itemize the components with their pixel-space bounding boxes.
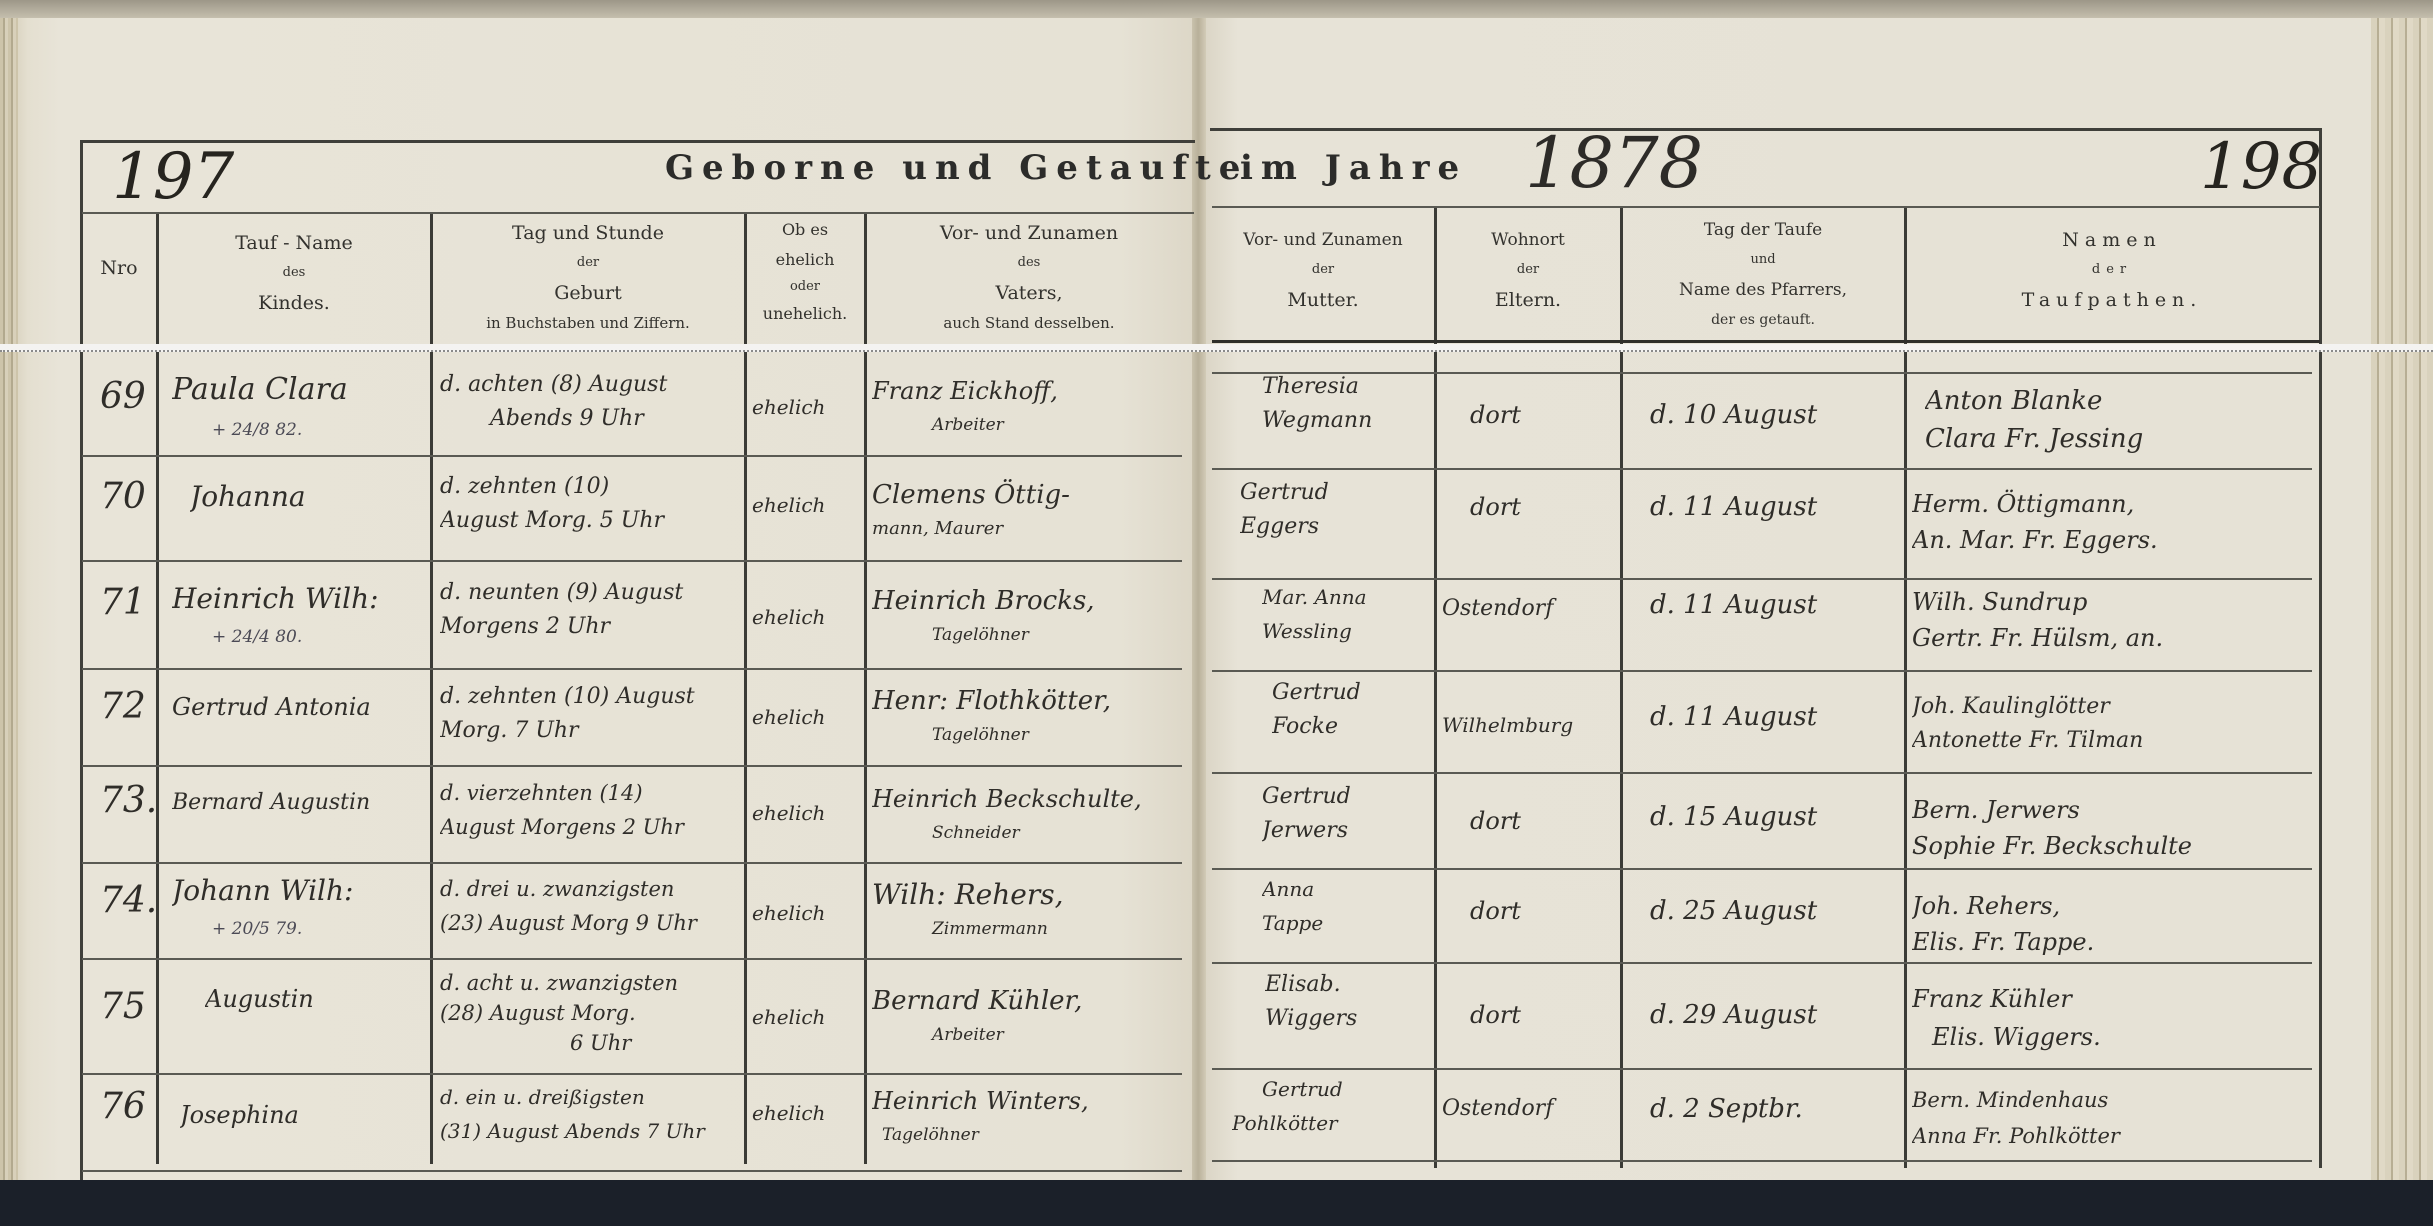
hdr-line: Vor- und Zunamen — [866, 215, 1192, 251]
birth-line: d. ein u. dreißigsten — [440, 1080, 740, 1114]
mother-name: GertrudJerwers — [1262, 780, 1432, 848]
row-rule — [82, 765, 1182, 767]
col-header-residence: Wohnort der Eltern. — [1436, 222, 1620, 318]
row-rule — [1212, 670, 2312, 672]
father-occupation: Arbeiter — [872, 408, 1192, 442]
mother-line: Jerwers — [1262, 814, 1432, 848]
residence: Ostendorf — [1442, 1092, 1618, 1126]
godparent-line: Anton Blanke — [1925, 382, 2320, 420]
entry-number: 70 — [100, 480, 146, 514]
birth-line: Morg. 7 Uhr — [440, 714, 740, 748]
hdr-line: Tag der Taufe — [1622, 212, 1904, 248]
mother-line: Anna — [1262, 872, 1432, 906]
baptism-date: d. 2 Septbr. — [1650, 1092, 1902, 1126]
hdr-line: oder — [746, 275, 864, 299]
mother-name: AnnaTappe — [1262, 872, 1432, 940]
row-rule — [82, 455, 1182, 457]
child-name: Johanna — [190, 480, 426, 514]
col-divider — [156, 214, 159, 1164]
baptism-date: d. 15 August — [1650, 800, 1902, 834]
godparent-line: Antonette Fr. Tilman — [1912, 724, 2317, 758]
hdr-line: Kindes. — [158, 285, 430, 321]
father-text: Heinrich Winters, — [872, 1084, 1192, 1118]
father-name: Heinrich Winters,Tagelöhner — [872, 1084, 1192, 1152]
father-name: Clemens Öttig-mann, Maurer — [872, 478, 1192, 546]
hdr-line: unehelich. — [746, 299, 864, 329]
birth-line: d. acht u. zwanzigsten — [440, 968, 740, 998]
hdr-line: Ob es — [746, 215, 864, 245]
death-note: + 24/8 82. — [172, 410, 428, 450]
child-name: Gertrud Antonia — [172, 690, 428, 724]
mother-line: Theresia — [1262, 370, 1432, 404]
mother-name: GertrudPohlkötter — [1232, 1072, 1432, 1140]
row-rule — [1212, 468, 2312, 470]
mother-line: Gertrud — [1272, 676, 1432, 710]
birth-date: d. drei u. zwanzigsten(23) August Morg 9… — [440, 872, 740, 940]
row-rule — [1212, 1160, 2312, 1162]
col-header-baptism: Tag der Taufe und Name des Pfarrers, der… — [1622, 212, 1904, 332]
godparent-line: Elis. Fr. Tappe. — [1912, 924, 2317, 960]
godparent-line: Bern. Mindenhaus — [1912, 1082, 2317, 1118]
page-title-right: im Jahre — [1240, 148, 1467, 188]
father-occupation: Tagelöhner — [872, 1118, 1192, 1152]
hdr-line: der — [1906, 258, 2318, 282]
legitimacy: ehelich — [752, 390, 862, 424]
father-occupation: Tagelöhner — [872, 718, 1192, 752]
hdr-line: des — [866, 251, 1192, 275]
hdr-line: des — [158, 261, 430, 285]
header-rule-right — [1212, 340, 2320, 343]
col-header-child-name: Tauf - Name des Kindes. — [158, 225, 430, 321]
father-occupation: Schneider — [872, 816, 1192, 850]
entry-number: 76 — [100, 1090, 146, 1124]
title-divider-left — [82, 212, 1194, 214]
hdr-line: und — [1622, 248, 1904, 272]
residence: Wilhelmburg — [1442, 708, 1618, 742]
hdr-line: auch Stand desselben. — [866, 311, 1192, 335]
death-note: + 24/4 80. — [172, 618, 428, 656]
child-name: Josephina — [180, 1098, 426, 1132]
birth-line: d. vierzehnten (14) — [440, 776, 740, 810]
entry-number: 74. — [100, 884, 157, 918]
birth-line: 6 Uhr — [440, 1028, 740, 1058]
row-rule — [82, 862, 1182, 864]
hdr-line: Mutter. — [1212, 282, 1434, 318]
godparent-line: Herm. Öttigmann, — [1912, 486, 2317, 522]
baptism-date: d. 11 August — [1650, 490, 1902, 524]
mother-line: Pohlkötter — [1232, 1106, 1432, 1140]
mother-name: GertrudFocke — [1272, 676, 1432, 744]
father-text: Henr: Flothkötter, — [872, 684, 1192, 718]
child-name: Johann Wilh:+ 20/5 79. — [172, 872, 428, 948]
mother-line: Gertrud — [1232, 1072, 1432, 1106]
godparent-line: Bern. Jerwers — [1912, 792, 2327, 828]
child-name-text: Johann Wilh: — [172, 874, 353, 907]
birth-date: d. neunten (9) AugustMorgens 2 Uhr — [440, 576, 740, 644]
hdr-line: Name des Pfarrers, — [1622, 272, 1904, 308]
row-rule — [82, 1170, 1182, 1172]
godparent-line: Joh. Kaulinglötter — [1912, 690, 2317, 724]
mother-line: Gertrud — [1240, 476, 1430, 510]
child-name: Heinrich Wilh:+ 24/4 80. — [172, 580, 428, 656]
background-surface — [0, 1180, 2433, 1226]
birth-date: d. vierzehnten (14)August Morgens 2 Uhr — [440, 776, 740, 844]
entry-number: 69 — [100, 380, 146, 414]
mother-line: Wegmann — [1262, 404, 1432, 438]
hdr-line: der es getauft. — [1622, 308, 1904, 332]
father-occupation: mann, Maurer — [872, 512, 1192, 546]
godparent-line: Gertr. Fr. Hülsm, an. — [1912, 620, 2317, 656]
row-rule — [1212, 772, 2312, 774]
col-divider — [1620, 208, 1623, 1168]
page-edges-right — [2371, 18, 2433, 1198]
father-name: Franz Eickhoff,Arbeiter — [872, 374, 1192, 442]
godparents: Wilh. SundrupGertr. Fr. Hülsm, an. — [1912, 584, 2317, 656]
birth-line: d. neunten (9) August — [440, 576, 740, 610]
mother-name: Elisab.Wiggers — [1265, 968, 1435, 1036]
birth-date: d. achten (8) AugustAbends 9 Uhr — [440, 368, 740, 436]
col-header-no: Nro — [82, 250, 156, 286]
entry-number: 75 — [100, 990, 146, 1024]
mother-name: GertrudEggers — [1240, 476, 1430, 544]
birth-date: d. zehnten (10) AugustMorg. 7 Uhr — [440, 680, 740, 748]
father-text: Clemens Öttig- — [872, 478, 1192, 512]
father-occupation: Zimmermann — [872, 912, 1192, 946]
hdr-line: Vaters, — [866, 275, 1192, 311]
mother-line: Gertrud — [1262, 780, 1432, 814]
mother-name: TheresiaWegmann — [1262, 370, 1432, 438]
residence: dort — [1470, 490, 1618, 524]
godparents: Franz KühlerElis. Wiggers. — [1912, 980, 2317, 1056]
birth-date: d. zehnten (10)August Morg. 5 Uhr — [440, 470, 740, 538]
father-text: Heinrich Beckschulte, — [872, 782, 1192, 816]
godparents: Joh. KaulinglötterAntonette Fr. Tilman — [1912, 690, 2317, 758]
baptism-date: d. 10 August — [1650, 398, 1902, 432]
birth-line: (28) August Morg. — [440, 998, 740, 1028]
col-divider — [430, 214, 433, 1164]
child-name: Paula Clara+ 24/8 82. — [172, 370, 428, 450]
mother-line: Focke — [1272, 710, 1432, 744]
col-divider — [1904, 208, 1907, 1168]
father-text: Franz Eickhoff, — [872, 374, 1192, 408]
row-rule — [1212, 962, 2312, 964]
col-divider — [864, 214, 867, 1164]
godparents: Joh. Rehers,Elis. Fr. Tappe. — [1912, 888, 2317, 960]
hdr-line: Geburt — [432, 275, 744, 311]
hdr-line: ehelich — [746, 245, 864, 275]
godparent-line: Elis. Wiggers. — [1912, 1018, 2317, 1056]
child-name-text: Heinrich Wilh: — [172, 582, 379, 615]
mother-line: Tappe — [1262, 906, 1432, 940]
birth-line: August Morg. 5 Uhr — [440, 504, 740, 538]
mother-line: Wiggers — [1265, 1002, 1435, 1036]
scan-separator-band — [0, 344, 2433, 352]
birth-line: Abends 9 Uhr — [440, 402, 740, 436]
register-year: 1878 — [1525, 122, 1703, 204]
father-name: Bernard Kühler,Arbeiter — [872, 984, 1192, 1052]
father-name: Heinrich Beckschulte,Schneider — [872, 782, 1192, 850]
godparent-line: Joh. Rehers, — [1912, 888, 2317, 924]
legitimacy: ehelich — [752, 600, 862, 634]
godparent-line: An. Mar. Fr. Eggers. — [1912, 522, 2317, 558]
birth-date: d. acht u. zwanzigsten(28) August Morg.6… — [440, 968, 740, 1058]
left-page-number: 197 — [112, 140, 234, 214]
baptism-date: d. 11 August — [1650, 588, 1902, 622]
father-text: Heinrich Brocks, — [872, 584, 1192, 618]
child-name: Bernard Augustin — [172, 786, 428, 820]
residence: dort — [1470, 804, 1618, 838]
mother-line: Wessling — [1262, 614, 1432, 648]
col-header-father: Vor- und Zunamen des Vaters, auch Stand … — [866, 215, 1192, 335]
residence: dort — [1470, 894, 1618, 928]
birth-line: (31) August Abends 7 Uhr — [440, 1114, 740, 1148]
entry-number: 71 — [100, 586, 146, 620]
birth-line: d. achten (8) August — [440, 368, 740, 402]
birth-line: Morgens 2 Uhr — [440, 610, 740, 644]
col-header-godparents: Namen der Taufpathen. — [1906, 222, 2318, 318]
scan-top-edge — [0, 0, 2433, 20]
residence: dort — [1470, 398, 1618, 432]
col-divider — [744, 214, 747, 1164]
row-rule — [82, 1073, 1182, 1075]
hdr-line: der — [432, 251, 744, 275]
hdr-line: der — [1436, 258, 1620, 282]
entry-number: 72 — [100, 690, 146, 724]
godparent-line: Sophie Fr. Beckschulte — [1912, 828, 2327, 864]
hdr-line: in Buchstaben und Ziffern. — [432, 311, 744, 335]
hdr-line: Eltern. — [1436, 282, 1620, 318]
hdr-line: Namen — [1906, 222, 2318, 258]
child-name: Augustin — [205, 982, 425, 1016]
birth-line: August Morgens 2 Uhr — [440, 810, 740, 844]
godparent-line: Anna Fr. Pohlkötter — [1912, 1118, 2317, 1154]
legitimacy: ehelich — [752, 700, 862, 734]
father-name: Heinrich Brocks,Tagelöhner — [872, 584, 1192, 652]
entry-number: 73. — [100, 784, 157, 818]
col-header-mother: Vor- und Zunamen der Mutter. — [1212, 222, 1434, 318]
residence: dort — [1470, 998, 1618, 1032]
father-text: Wilh: Rehers, — [872, 878, 1192, 912]
godparent-line: Wilh. Sundrup — [1912, 584, 2317, 620]
mother-line: Mar. Anna — [1262, 580, 1432, 614]
col-header-legitimacy: Ob es ehelich oder unehelich. — [746, 215, 864, 329]
godparents: Anton BlankeClara Fr. Jessing — [1925, 382, 2320, 458]
birth-date: d. ein u. dreißigsten(31) August Abends … — [440, 1080, 740, 1148]
col-header-birth: Tag und Stunde der Geburt in Buchstaben … — [432, 215, 744, 335]
row-rule — [1212, 868, 2312, 870]
child-name-text: Paula Clara — [172, 372, 348, 407]
mother-name: Mar. AnnaWessling — [1262, 580, 1432, 648]
right-page-number: 198 — [2200, 130, 2322, 204]
baptism-date: d. 11 August — [1650, 700, 1902, 734]
legitimacy: ehelich — [752, 1000, 862, 1034]
mother-line: Elisab. — [1265, 968, 1435, 1002]
father-name: Henr: Flothkötter,Tagelöhner — [872, 684, 1192, 752]
hdr-line: Tag und Stunde — [432, 215, 744, 251]
father-text: Bernard Kühler, — [872, 984, 1192, 1018]
godparents: Herm. Öttigmann,An. Mar. Fr. Eggers. — [1912, 486, 2317, 558]
residence: Ostendorf — [1442, 592, 1618, 626]
row-rule — [82, 560, 1182, 562]
row-rule — [82, 958, 1182, 960]
legitimacy: ehelich — [752, 488, 862, 522]
hdr-line: Vor- und Zunamen — [1212, 222, 1434, 258]
page-edges-left — [0, 18, 18, 1198]
title-divider-right — [1212, 206, 2320, 208]
hdr-line: der — [1212, 258, 1434, 282]
birth-line: d. drei u. zwanzigsten — [440, 872, 740, 906]
legitimacy: ehelich — [752, 1096, 862, 1130]
baptism-date: d. 29 August — [1650, 998, 1902, 1032]
baptism-date: d. 25 August — [1650, 894, 1902, 928]
birth-line: d. zehnten (10) — [440, 470, 740, 504]
birth-line: d. zehnten (10) August — [440, 680, 740, 714]
row-rule — [82, 668, 1182, 670]
godparent-line: Franz Kühler — [1912, 980, 2317, 1018]
father-occupation: Tagelöhner — [872, 618, 1192, 652]
legitimacy: ehelich — [752, 796, 862, 830]
death-note: + 20/5 79. — [172, 910, 428, 948]
col-header-no-label: Nro — [100, 257, 137, 279]
godparent-line: Clara Fr. Jessing — [1925, 420, 2320, 458]
hdr-line: Tauf - Name — [158, 225, 430, 261]
godparents: Bern. JerwersSophie Fr. Beckschulte — [1912, 792, 2327, 864]
godparents: Bern. MindenhausAnna Fr. Pohlkötter — [1912, 1082, 2317, 1154]
birth-line: (23) August Morg 9 Uhr — [440, 906, 740, 940]
father-name: Wilh: Rehers,Zimmermann — [872, 878, 1192, 946]
hdr-line: Wohnort — [1436, 222, 1620, 258]
page-title-left: Geborne und Getaufte — [665, 148, 1248, 188]
mother-line: Eggers — [1240, 510, 1430, 544]
father-occupation: Arbeiter — [872, 1018, 1192, 1052]
row-rule — [1212, 1068, 2312, 1070]
legitimacy: ehelich — [752, 896, 862, 930]
hdr-line: Taufpathen. — [1906, 282, 2318, 318]
